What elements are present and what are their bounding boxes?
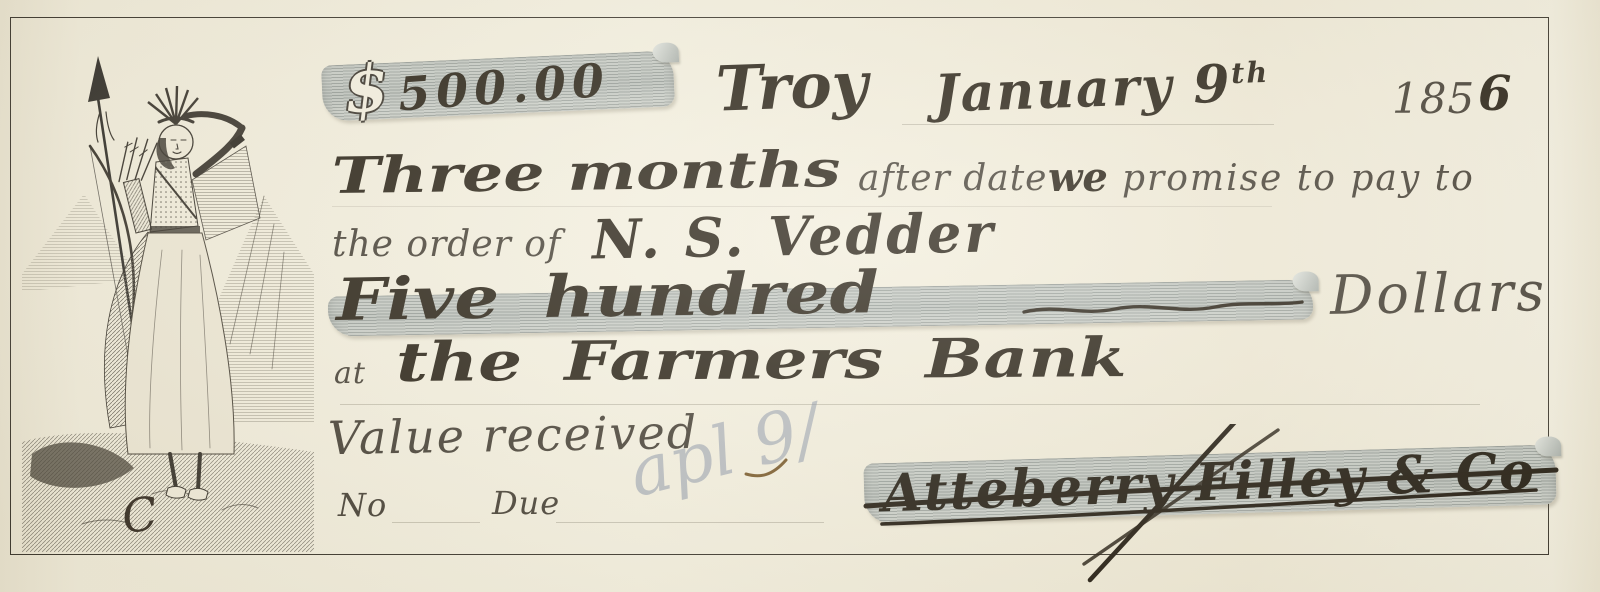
- bank-underline: [340, 404, 1480, 405]
- year-digit: 6: [1478, 66, 1511, 122]
- handwritten-we: we: [1048, 154, 1108, 201]
- printed-dollars: Dollars: [1329, 260, 1547, 327]
- date-underline: [902, 124, 1274, 125]
- due-fill-line: [556, 522, 824, 523]
- corner-mark: C: [118, 486, 160, 544]
- printed-after-date: after date: [858, 158, 1048, 199]
- promissory-note: $ 500.00 Troy January 9th 185 6 Three mo…: [0, 0, 1600, 592]
- printed-promise: promise to pay to: [1122, 158, 1475, 199]
- printed-dollar-sign: $: [341, 51, 391, 129]
- printed-order-of: the order of: [332, 224, 561, 265]
- printed-no-label: No: [338, 486, 387, 524]
- printed-due-label: Due: [492, 484, 560, 522]
- strike-marks: [848, 424, 1588, 584]
- amount-words: Five hundred: [335, 258, 879, 334]
- amount-filler-dash: [1020, 292, 1310, 322]
- ink-tick: [742, 452, 792, 492]
- day-suffix: th: [1230, 55, 1269, 90]
- liberty-archer-engraving: [22, 24, 314, 552]
- date-month-day: January 9th: [933, 52, 1270, 125]
- year-prefix-printed: 185: [1392, 74, 1475, 123]
- bank-name: the Farmers Bank: [396, 325, 1127, 394]
- term-handwritten: Three months: [331, 139, 841, 205]
- printed-at: at: [334, 356, 366, 391]
- place-name: Troy: [715, 47, 869, 125]
- no-fill-line: [392, 522, 480, 523]
